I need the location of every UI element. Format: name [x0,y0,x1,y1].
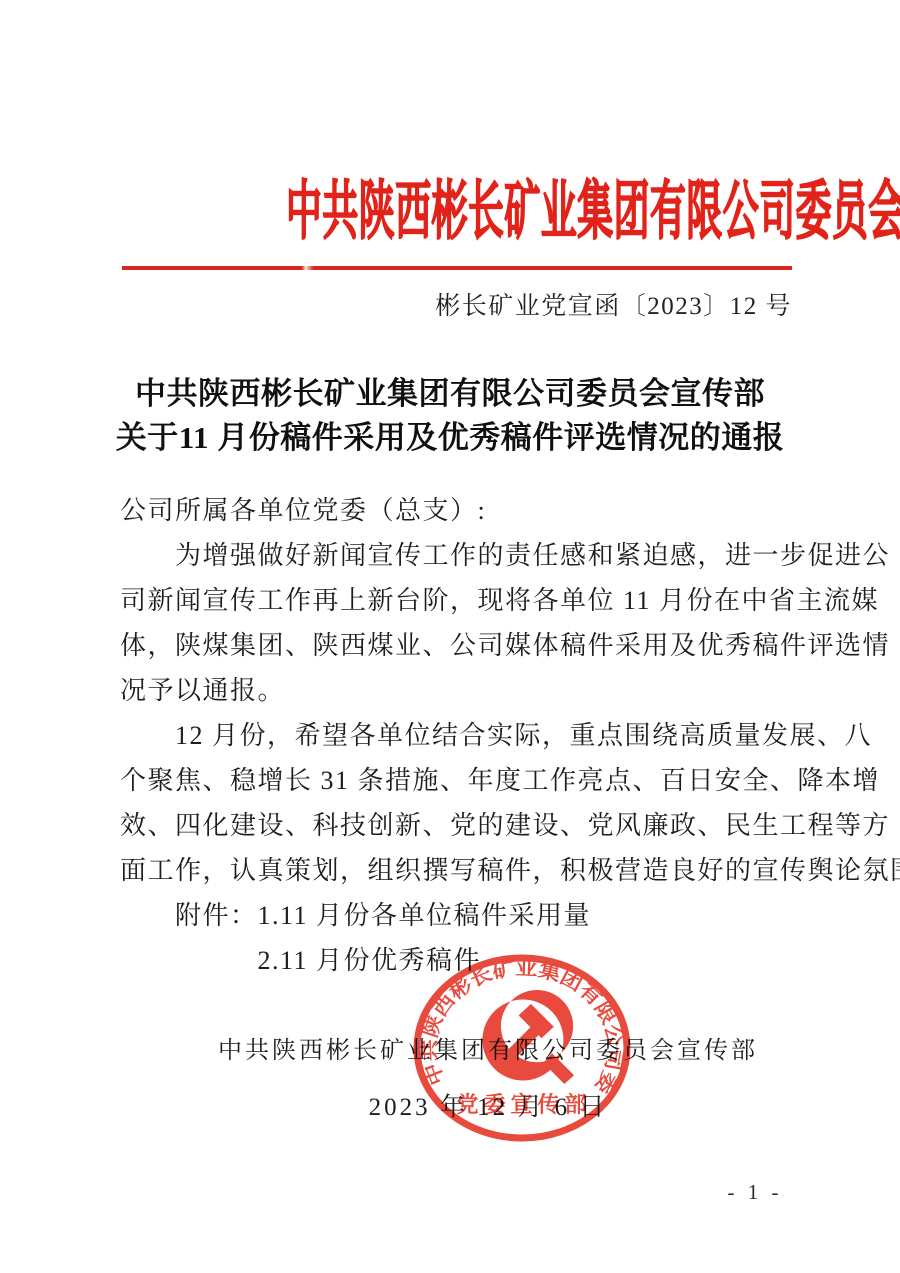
hammer-sickle-icon [482,990,574,1084]
page-number: - 1 - [700,1180,810,1205]
body-line: 面工作，认真策划，组织撰写稿件，积极营造良好的宣传舆论氛围。 [120,848,800,893]
red-divider-line [122,266,792,270]
body-line: 体，陕煤集团、陕西煤业、公司媒体稿件采用及优秀稿件评选情 [120,623,800,668]
document-title-line2: 关于11 月份稿件采用及优秀稿件评选情况的通报 [0,416,900,460]
body-line: 况予以通报。 [120,668,800,713]
body-line: 为增强做好新闻宣传工作的责任感和紧迫感，进一步促进公 [120,533,800,578]
document-number: 彬长矿业党宣函〔2023〕12 号 [435,286,792,322]
document-page: 中共陕西彬长矿业集团有限公司委员会宣传部 彬长矿业党宣函〔2023〕12 号 中… [0,0,900,1273]
official-seal: 中共陕西彬长矿业集团有限公司委员会 党委宣传部 [407,948,637,1148]
letterhead-org-title: 中共陕西彬长矿业集团有限公司委员会宣传部 [286,160,900,252]
document-title: 中共陕西彬长矿业集团有限公司委员会宣传部 关于11 月份稿件采用及优秀稿件评选情… [0,372,900,460]
body-line: 效、四化建设、科技创新、党的建设、党风廉政、民生工程等方 [120,803,800,848]
body-line: 司新闻宣传工作再上新台阶，现将各单位 11 月份在中省主流媒 [120,578,800,623]
body-line: 12 月份，希望各单位结合实际，重点围绕高质量发展、八 [120,713,800,758]
body-line: 附件：1.11 月份各单位稿件采用量 [120,893,800,938]
letterhead: 中共陕西彬长矿业集团有限公司委员会宣传部 [0,160,900,252]
seal-bottom-text: 党委宣传部 [456,1092,591,1117]
document-body: 公司所属各单位党委（总支）: 为增强做好新闻宣传工作的责任感和紧迫感，进一步促进… [120,488,800,983]
document-title-line1: 中共陕西彬长矿业集团有限公司委员会宣传部 [0,372,900,416]
body-line: 个聚焦、稳增长 31 条措施、年度工作亮点、百日安全、降本增 [120,758,800,803]
body-line: 公司所属各单位党委（总支）: [120,488,800,533]
